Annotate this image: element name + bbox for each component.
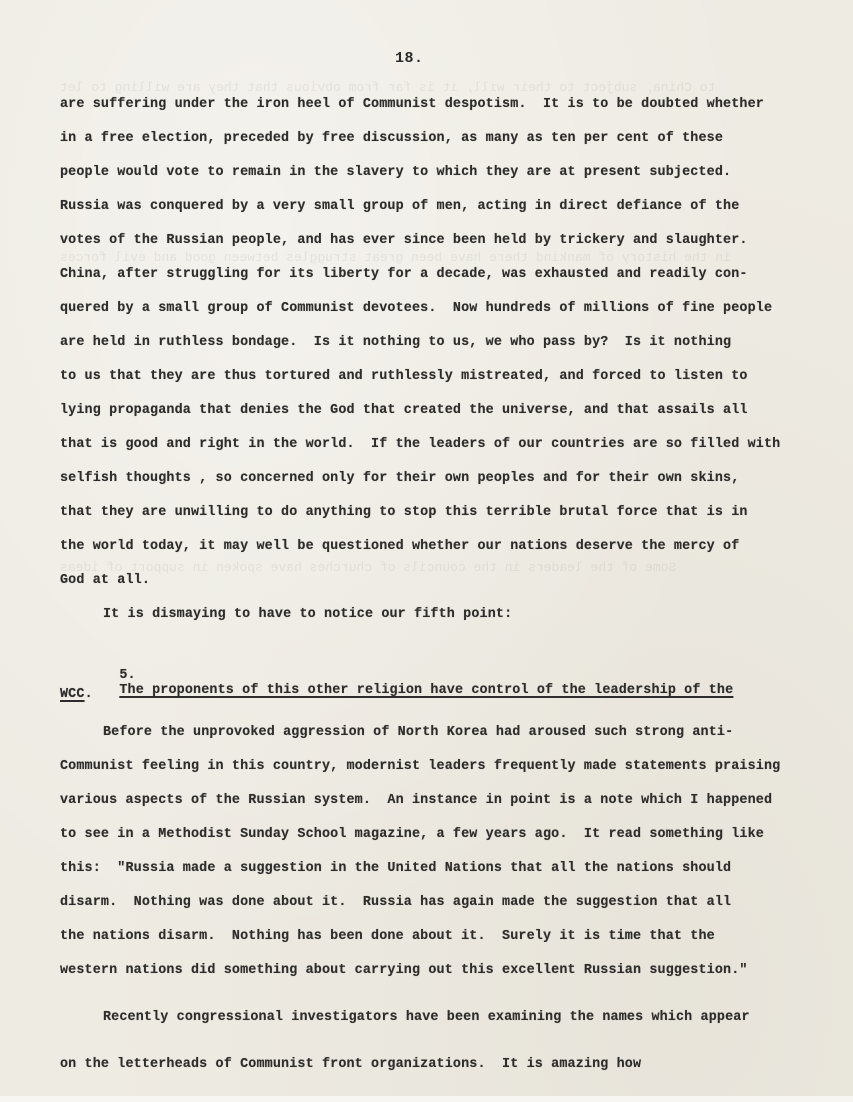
point-heading-continuation: WCC. (60, 687, 93, 702)
point-heading: 5. The proponents of this other religion… (103, 653, 733, 698)
text-line: Russia was conquered by a very small gro… (60, 199, 739, 214)
text-line: that is good and right in the world. If … (60, 437, 780, 452)
text-line: selfish thoughts , so concerned only for… (60, 471, 739, 486)
text-line: It is dismaying to have to notice our fi… (103, 607, 512, 622)
text-line: are suffering under the iron heel of Com… (60, 97, 764, 112)
text-line: the nations disarm. Nothing has been don… (60, 929, 715, 944)
text-line: to us that they are thus tortured and ru… (60, 369, 748, 384)
text-line: God at all. (60, 573, 150, 588)
text-line: various aspects of the Russian system. A… (60, 793, 772, 808)
bleed-through-text: in the history of mankind there have bee… (60, 250, 731, 265)
text-line: the world today, it may well be question… (60, 539, 739, 554)
text-line: are held in ruthless bondage. Is it noth… (60, 335, 731, 350)
text-line: that they are unwilling to do anything t… (60, 505, 748, 520)
text-line: lying propaganda that denies the God tha… (60, 403, 748, 418)
point-heading-period: . (85, 687, 93, 702)
text-line: this: "Russia made a suggestion in the U… (60, 861, 731, 876)
text-line: in a free election, preceded by free dis… (60, 131, 723, 146)
text-line: Before the unprovoked aggression of Nort… (103, 725, 733, 740)
text-line: quered by a small group of Communist dev… (60, 301, 772, 316)
text-line: people would vote to remain in the slave… (60, 165, 731, 180)
point-heading-text-2: WCC (60, 687, 85, 702)
point-heading-text: The proponents of this other religion ha… (119, 683, 733, 698)
bleed-through-text: Some of the leaders in the councils of c… (60, 560, 676, 575)
text-line: to see in a Methodist Sunday School maga… (60, 827, 764, 842)
text-line: China, after struggling for its liberty … (60, 267, 748, 282)
page-bottom-edge (0, 1096, 853, 1102)
text-line: votes of the Russian people, and has eve… (60, 233, 748, 248)
text-line: disarm. Nothing was done about it. Russi… (60, 895, 731, 910)
bleed-through-text: to China, subject to their will, it is f… (60, 80, 715, 95)
text-line: on the letterheads of Communist front or… (60, 1057, 641, 1072)
page-number: 18. (395, 50, 424, 67)
text-line: Communist feeling in this country, moder… (60, 759, 780, 774)
text-line: western nations did something about carr… (60, 963, 748, 978)
point-number: 5. (119, 668, 135, 683)
text-line: Recently congressional investigators hav… (103, 1010, 750, 1025)
